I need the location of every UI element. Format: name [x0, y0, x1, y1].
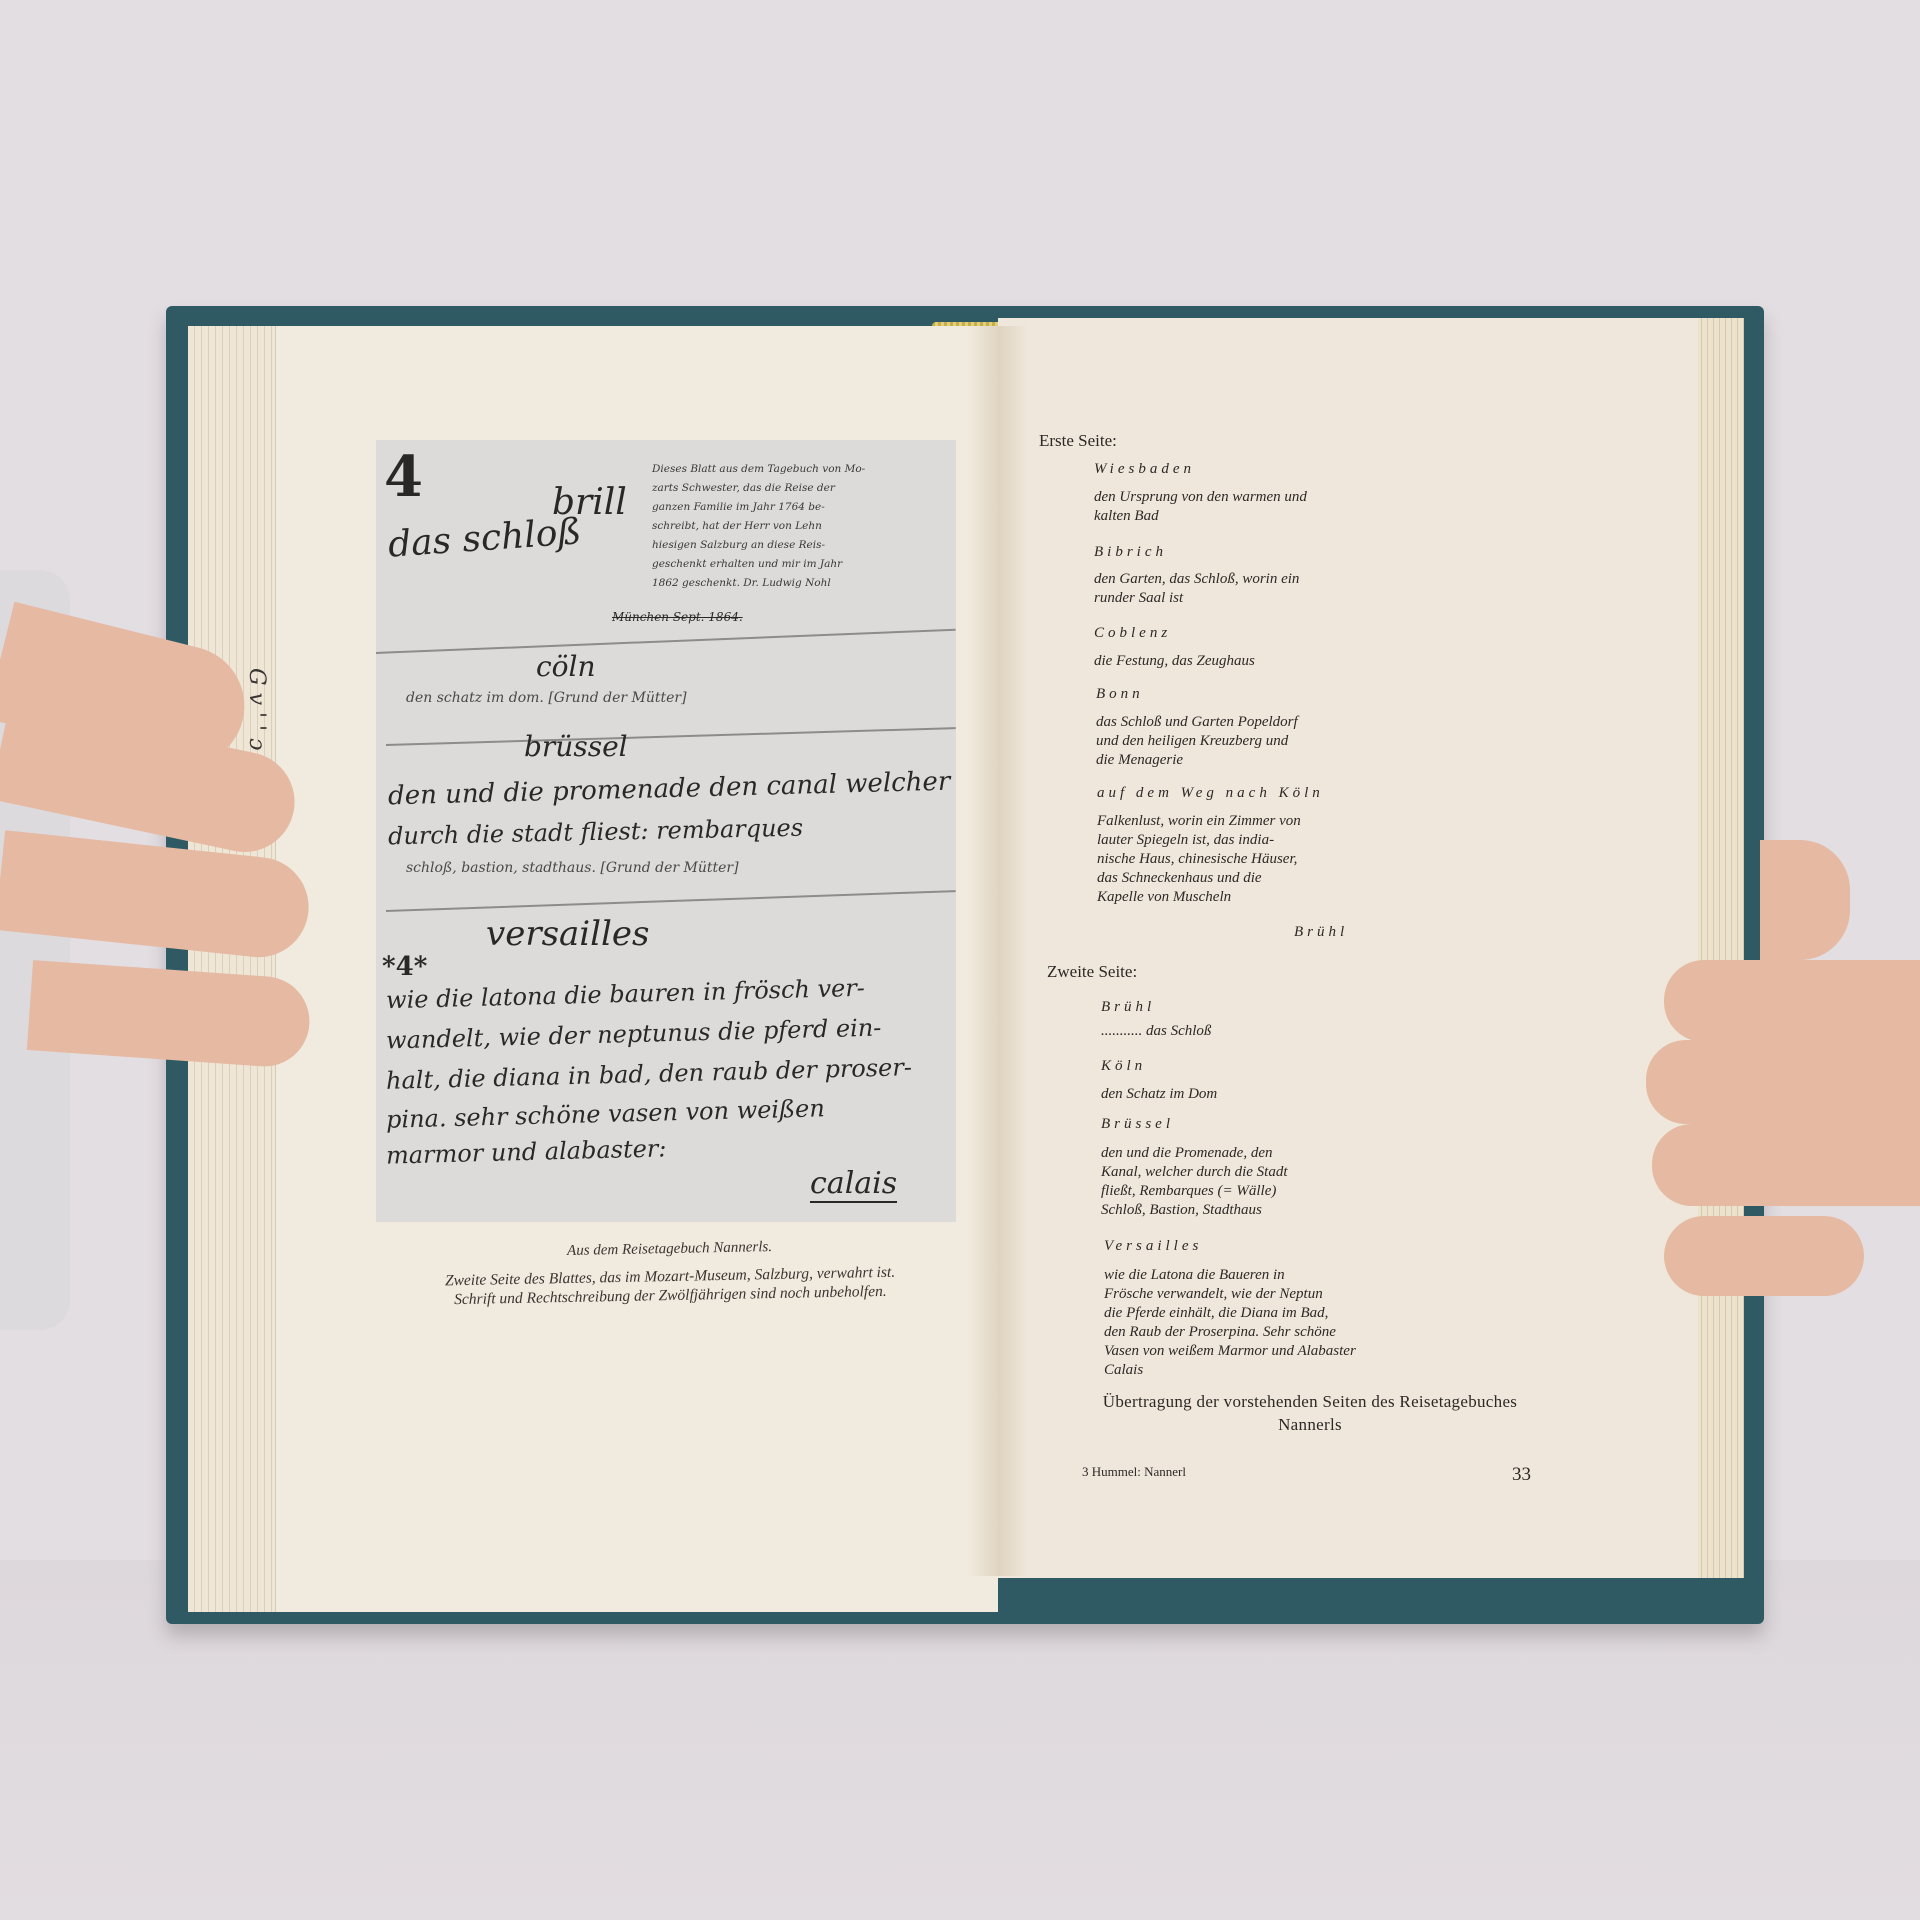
facsimile-versailles-line: wandelt, wie der neptunus die pferd ein-	[386, 1014, 882, 1055]
facsimile-provenance-note: Dieses Blatt aus dem Tagebuch von Mo- za…	[652, 460, 948, 593]
entry-place: Bonn	[1096, 686, 1144, 703]
facsimile-koeln-line: den schatz im dom. [Grund der Mütter]	[406, 690, 687, 706]
entry-text: Falkenlust, worin ein Zimmer von lauter …	[1097, 812, 1301, 907]
facsimile-number: 4	[384, 444, 423, 510]
right-hand-ring-finger	[1652, 1124, 1920, 1206]
facsimile-heading-das-schloss: das schloß	[387, 511, 583, 565]
entry-place: Wiesbaden	[1094, 461, 1195, 478]
facsimile-bruessel-line: schloß, bastion, stadthaus. [Grund der M…	[406, 860, 739, 876]
entry-place: Brühl	[1101, 999, 1155, 1016]
entry-text: ........... das Schloß	[1101, 1022, 1211, 1041]
footer-signature: 3 Hummel: Nannerl	[1082, 1464, 1186, 1480]
gutter-shadow	[968, 326, 1028, 1576]
entry-text: den und die Promenade, den Kanal, welche…	[1101, 1144, 1288, 1220]
entry-text: das Schloß und Garten Popeldorf und den …	[1096, 713, 1298, 770]
facsimile-bruessel-line: den und die promenade den canal welcher	[388, 767, 951, 812]
entry-text: den Schatz im Dom	[1101, 1085, 1217, 1104]
entry-text: den Garten, das Schloß, worin ein runder…	[1094, 570, 1299, 608]
facsimile-note-date: München Sept. 1864.	[612, 610, 743, 624]
manuscript-facsimile: 4 brill das schloß Dieses Blatt aus dem …	[376, 440, 956, 1222]
entry-place: Köln	[1101, 1058, 1146, 1075]
right-hand-thumb	[1760, 840, 1850, 960]
facsimile-versailles-line: pina. sehr schöne vasen von weißen	[386, 1094, 825, 1133]
second-page-label: Zweite Seite:	[1047, 962, 1137, 982]
entry-text: wie die Latona die Baueren in Frösche ve…	[1104, 1266, 1356, 1380]
entry-end-place: Brühl	[1294, 924, 1348, 941]
entry-place: Brüssel	[1101, 1116, 1174, 1133]
facsimile-versailles-line: marmor und alabaster:	[386, 1134, 667, 1169]
entry-text: die Festung, das Zeughaus	[1094, 652, 1255, 671]
entry-place: Bibrich	[1094, 544, 1167, 561]
facsimile-divider	[386, 890, 956, 912]
facsimile-heading-koeln: cöln	[536, 650, 596, 683]
facsimile-heading-versailles: versailles	[486, 914, 650, 954]
entry-place: Coblenz	[1094, 625, 1171, 642]
right-hand-middle-finger	[1646, 1040, 1920, 1124]
facsimile-bruessel-line: durch die stadt fliest: rembarques	[388, 814, 804, 851]
entry-place: auf dem Weg nach Köln	[1097, 785, 1324, 802]
facsimile-calais: calais	[810, 1166, 897, 1203]
right-hand-index-finger	[1664, 960, 1920, 1042]
page-number: 33	[1512, 1464, 1531, 1486]
left-page-block-edge	[188, 326, 278, 1612]
facsimile-heading-bruessel: brüssel	[524, 730, 628, 763]
right-page-block-edge	[1696, 318, 1744, 1578]
facsimile-versailles-line: halt, die diana in bad, den raub der pro…	[386, 1053, 913, 1095]
transcription-caption: Übertragung der vorstehenden Seiten des …	[1040, 1390, 1580, 1436]
first-page-label: Erste Seite:	[1039, 431, 1117, 451]
facsimile-versailles-line: wie die latona die bauren in frösch ver-	[386, 974, 865, 1015]
facsimile-divider	[376, 629, 956, 654]
entry-text: den Ursprung von den warmen und kalten B…	[1094, 488, 1307, 526]
facsimile-divider	[386, 727, 956, 746]
right-hand-little-finger	[1664, 1216, 1864, 1296]
entry-place: Versailles	[1104, 1238, 1202, 1255]
facsimile-caption: Aus dem Reisetagebuch Nannerls. Zweite S…	[369, 1234, 970, 1311]
facsimile-marker: *4*	[382, 952, 427, 982]
